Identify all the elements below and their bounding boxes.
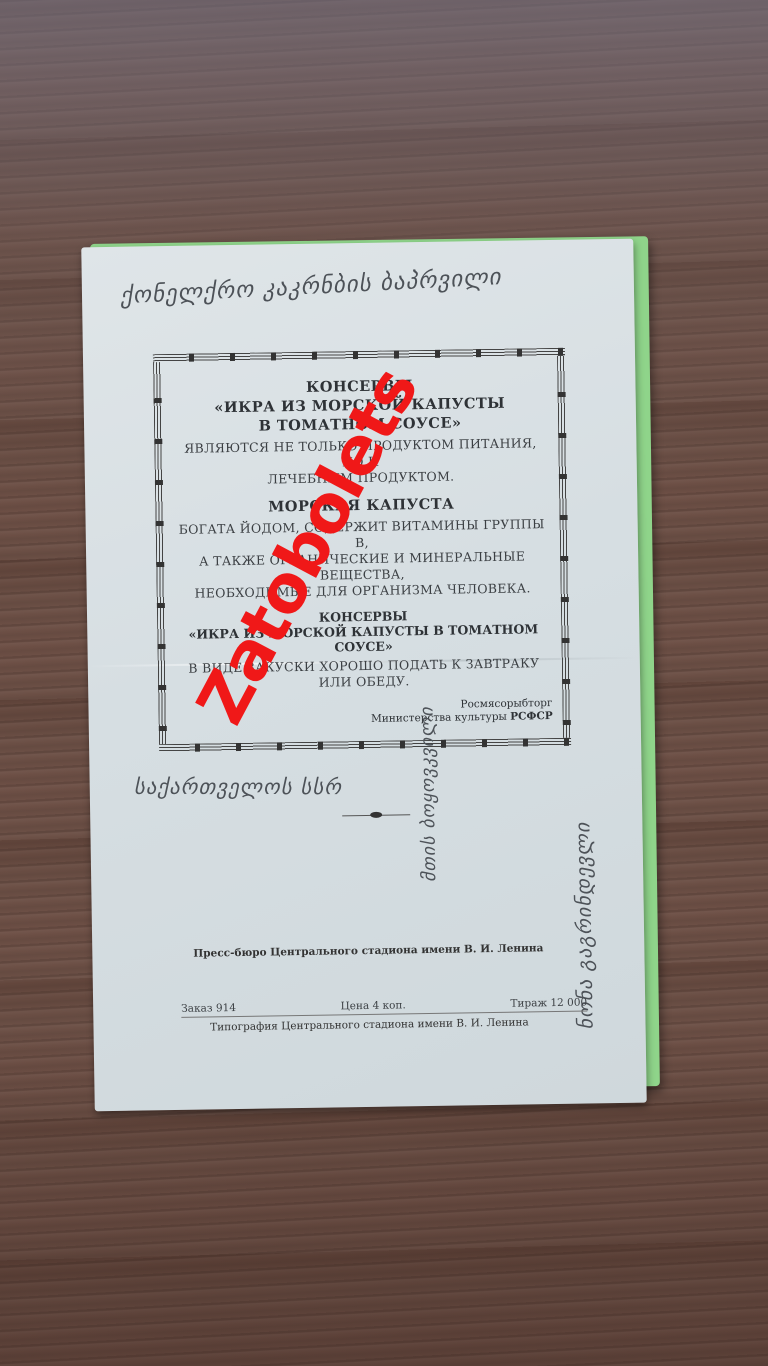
press-bureau-credit: Пресс-бюро Центрального стадиона имени В… [92,941,644,962]
ad-signature-ministry-text: Министерства культуры [371,711,507,725]
frame-border-right [557,356,571,738]
printing-house-credit: Типография Центрального стадиона имени В… [93,1015,645,1036]
handwritten-note-top: ქონელქრო კაკრნბის ბაპრვილი [119,264,502,309]
imprint-row: Заказ 914 Цена 4 коп. Тираж 12 000 [181,997,587,1018]
decorative-divider-icon [342,814,410,816]
order-number: Заказ 914 [181,1002,236,1015]
frame-border-bottom [159,738,571,752]
frame-border-top [153,348,565,362]
price: Цена 4 коп. [340,999,405,1012]
print-run: Тираж 12 000 [510,997,587,1010]
handwritten-note-left: საქართველოს სსრ [134,775,342,799]
frame-border-left [153,362,167,744]
ad-signature-rsfsr: РСФСР [510,710,553,723]
ad-paragraph-2: БОГАТА ЙОДОМ, СОДЕРЖИТ ВИТАМИНЫ ГРУППЫ В… [174,516,551,602]
handwritten-note-vertical-center: მთის ბოყოვკვილი [417,706,441,882]
